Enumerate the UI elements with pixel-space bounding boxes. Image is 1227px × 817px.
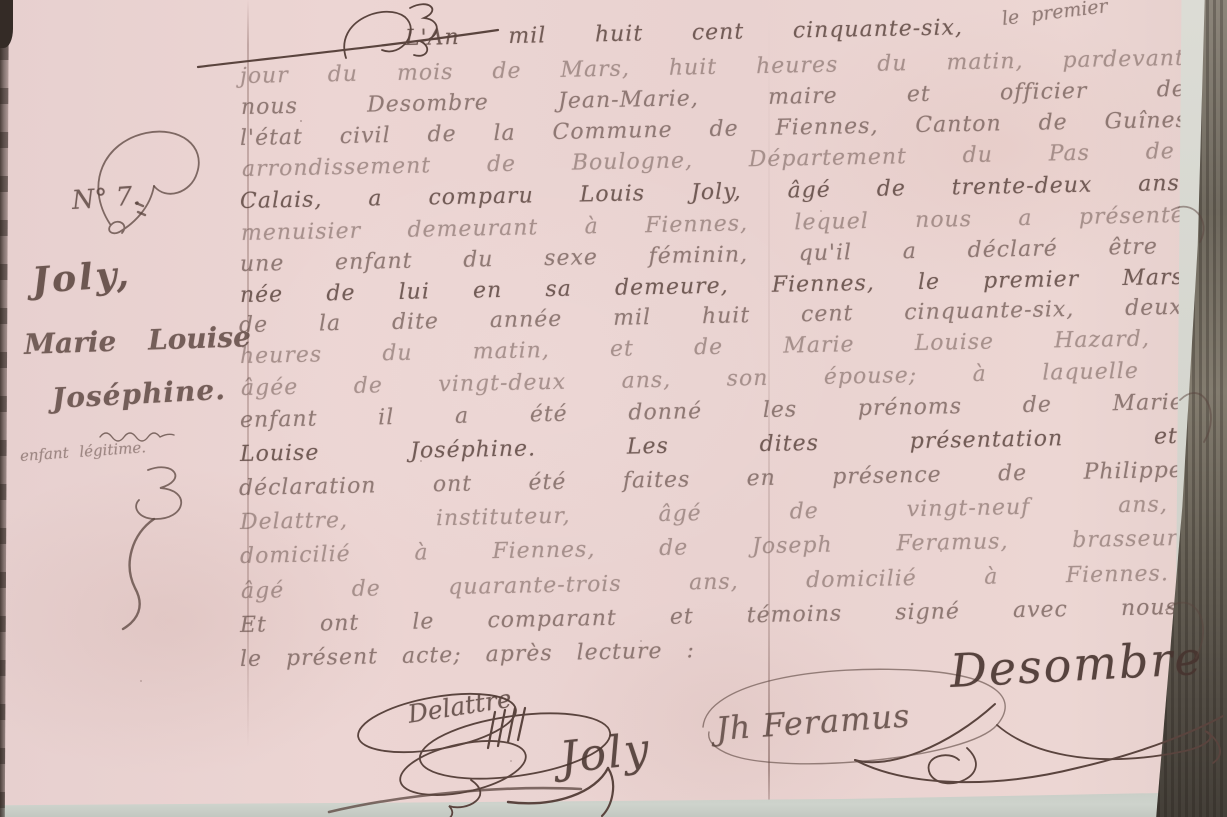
dust-specks [300,120,302,122]
opening-paraph-flourish [196,0,506,78]
scanned-birth-record: N° 7. Joly, Marie Louise Joséphine. enfa… [0,0,1227,817]
margin-surname: Joly, [31,253,133,302]
bottom-left-pen-stroke [325,780,587,817]
edge-ink-marks [1160,180,1227,720]
margin-paraph-top-flourish [92,126,242,248]
margin-paraph-bottom-flourish [102,462,194,634]
margin-underline-squiggle [98,428,178,442]
